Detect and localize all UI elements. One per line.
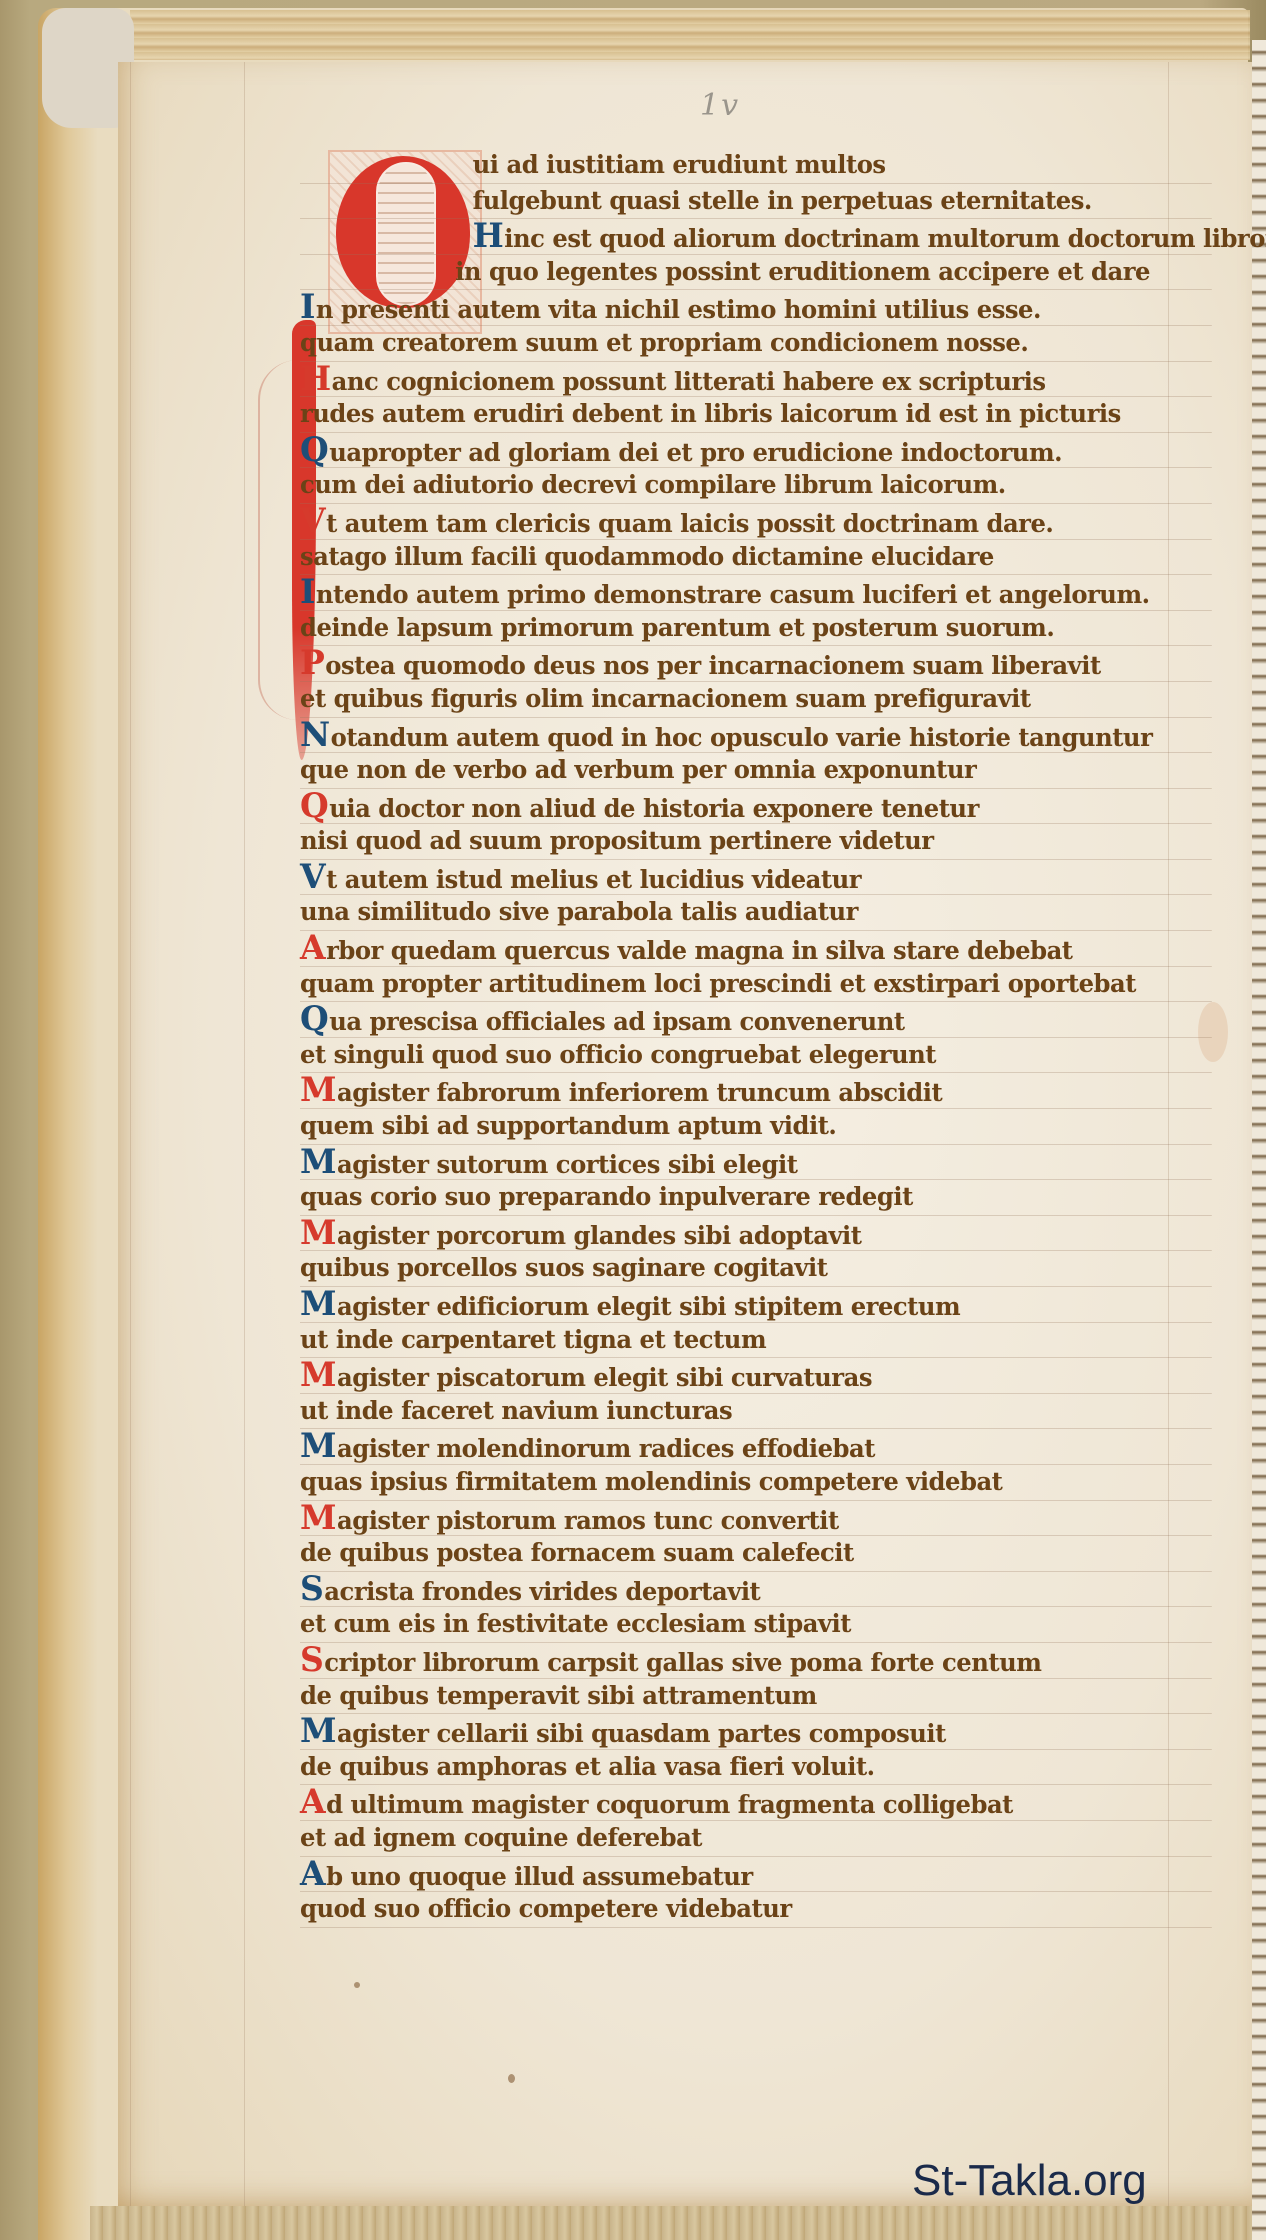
- rubricated-initial: A: [300, 1785, 325, 1819]
- manuscript-line: quam creatorem suum et propriam condicio…: [300, 326, 1212, 362]
- line-text: ostea quomodo deus nos per incarnacionem…: [325, 651, 1100, 680]
- manuscript-line: Magister piscatorum elegit sibi curvatur…: [300, 1358, 1212, 1394]
- ruling-line-vertical: [244, 62, 245, 2206]
- line-text: que non de verbo ad verbum per omnia exp…: [300, 755, 976, 784]
- manuscript-line: Magister porcorum glandes sibi adoptavit: [300, 1216, 1212, 1252]
- manuscript-line: Postea quomodo deus nos per incarnacione…: [300, 646, 1212, 682]
- manuscript-line: Arbor quedam quercus valde magna in silv…: [300, 931, 1212, 967]
- line-text: agister pistorum ramos tunc convertit: [337, 1506, 839, 1535]
- line-text: in quo legentes possint eruditionem acci…: [455, 257, 1150, 286]
- line-text: uapropter ad gloriam dei et pro erudicio…: [329, 438, 1062, 467]
- manuscript-line: Qua prescisa officiales ad ipsam convene…: [300, 1002, 1212, 1038]
- line-text: n presenti autem vita nichil estimo homi…: [316, 295, 1041, 324]
- line-text: b uno quoque illud assumebatur: [326, 1862, 753, 1891]
- line-text: satago illum facili quodammodo dictamine…: [300, 542, 994, 571]
- ink-spot: [508, 2074, 515, 2083]
- line-text: otandum autem quod in hoc opusculo varie…: [331, 723, 1153, 752]
- manuscript-line: Sacrista frondes virides deportavit: [300, 1572, 1212, 1608]
- line-text: et singuli quod suo officio congruebat e…: [300, 1040, 936, 1069]
- rubricated-initial: P: [300, 646, 324, 680]
- line-text: d ultimum magister coquorum fragmenta co…: [326, 1790, 1013, 1819]
- manuscript-line: Hinc est quod aliorum doctrinam multorum…: [300, 219, 1212, 255]
- line-text: quas ipsius firmitatem molendinis compet…: [300, 1467, 1002, 1496]
- manuscript-line: que non de verbo ad verbum per omnia exp…: [300, 753, 1212, 789]
- line-text: quam creatorem suum et propriam condicio…: [300, 328, 1028, 357]
- rubricated-initial: V: [300, 504, 325, 538]
- manuscript-line: quas ipsius firmitatem molendinis compet…: [300, 1465, 1212, 1501]
- manuscript-line: Hanc cognicionem possunt litterati haber…: [300, 362, 1212, 398]
- line-text: agister cellarii sibi quasdam partes com…: [337, 1719, 946, 1748]
- manuscript-line: nisi quod ad suum propositum pertinere v…: [300, 824, 1212, 860]
- facing-page-edge: [1252, 40, 1266, 2240]
- line-text: agister molendinorum radices effodiebat: [337, 1434, 875, 1463]
- rubricated-initial: N: [300, 718, 330, 752]
- manuscript-line: cum dei adiutorio decrevi compilare libr…: [300, 468, 1212, 504]
- manuscript-line: de quibus postea fornacem suam calefecit: [300, 1536, 1212, 1572]
- manuscript-line: rudes autem erudiri debent in libris lai…: [300, 397, 1212, 433]
- manuscript-line: satago illum facili quodammodo dictamine…: [300, 540, 1212, 576]
- rubricated-initial: M: [300, 1358, 336, 1392]
- rubricated-initial: S: [300, 1572, 323, 1606]
- line-text: t autem istud melius et lucidius videatu…: [326, 865, 861, 894]
- line-text: uia doctor non aliud de historia exponer…: [329, 794, 979, 823]
- rubricated-initial: H: [300, 362, 331, 396]
- manuscript-line: Vt autem istud melius et lucidius videat…: [300, 860, 1212, 896]
- line-text: agister edificiorum elegit sibi stipitem…: [337, 1292, 960, 1321]
- manuscript-line: de quibus amphoras et alia vasa fieri vo…: [300, 1750, 1212, 1786]
- manuscript-line: Scriptor librorum carpsit gallas sive po…: [300, 1643, 1212, 1679]
- line-text: rbor quedam quercus valde magna in silva…: [326, 936, 1072, 965]
- rubricated-initial: M: [300, 1714, 336, 1748]
- manuscript-line: Magister fabrorum inferiorem truncum abs…: [300, 1073, 1212, 1109]
- line-text: de quibus temperavit sibi attramentum: [300, 1681, 817, 1710]
- line-text: agister porcorum glandes sibi adoptavit: [337, 1221, 862, 1250]
- manuscript-line: Magister edificiorum elegit sibi stipite…: [300, 1287, 1212, 1323]
- frame-bottom-strip: [90, 2206, 1260, 2240]
- line-text: ut inde faceret navium iuncturas: [300, 1396, 732, 1425]
- line-text: quem sibi ad supportandum aptum vidit.: [300, 1111, 836, 1140]
- rubricated-initial: M: [300, 1429, 336, 1463]
- line-text: et ad ignem coquine deferebat: [300, 1823, 702, 1852]
- line-text: quod suo officio competere videbatur: [300, 1894, 792, 1923]
- rubricated-initial: A: [300, 931, 325, 965]
- rubricated-initial: M: [300, 1501, 336, 1535]
- manuscript-line: et singuli quod suo officio congruebat e…: [300, 1038, 1212, 1074]
- ink-spot: [354, 1982, 360, 1988]
- line-text: agister fabrorum inferiorem truncum absc…: [337, 1078, 942, 1107]
- manuscript-line: Vt autem tam clericis quam laicis possit…: [300, 504, 1212, 540]
- line-text: rudes autem erudiri debent in libris lai…: [300, 399, 1121, 428]
- line-text: agister piscatorum elegit sibi curvatura…: [337, 1363, 872, 1392]
- rubricated-initial: M: [300, 1073, 336, 1107]
- line-text: deinde lapsum primorum parentum et poste…: [300, 613, 1054, 642]
- line-text: agister sutorum cortices sibi elegit: [337, 1150, 797, 1179]
- rubricated-initial: H: [473, 219, 504, 253]
- line-text: t autem tam clericis quam laicis possit …: [326, 509, 1053, 538]
- rubricated-initial: I: [300, 575, 315, 609]
- manuscript-line: Intendo autem primo demonstrare casum lu…: [300, 575, 1212, 611]
- manuscript-line: Quia doctor non aliud de historia expone…: [300, 789, 1212, 825]
- manuscript-line: In presenti autem vita nichil estimo hom…: [300, 290, 1212, 326]
- manuscript-line: et ad ignem coquine deferebat: [300, 1821, 1212, 1857]
- manuscript-line: quas corio suo preparando inpulverare re…: [300, 1180, 1212, 1216]
- line-text: fulgebunt quasi stelle in perpetuas eter…: [473, 186, 1092, 215]
- line-text: acrista frondes virides deportavit: [324, 1577, 760, 1606]
- line-text: ntendo autem primo demonstrare casum luc…: [316, 580, 1150, 609]
- manuscript-line: et quibus figuris olim incarnacionem sua…: [300, 682, 1212, 718]
- rubricated-initial: I: [300, 290, 315, 324]
- manuscript-line: Ad ultimum magister coquorum fragmenta c…: [300, 1785, 1212, 1821]
- frame-top-strip: [130, 10, 1250, 60]
- rubricated-initial: Q: [300, 433, 328, 467]
- rubricated-initial: V: [300, 860, 325, 894]
- line-text: de quibus amphoras et alia vasa fieri vo…: [300, 1752, 875, 1781]
- line-text: de quibus postea fornacem suam calefecit: [300, 1538, 854, 1567]
- manuscript-line: quam propter artitudinem loci prescindi …: [300, 967, 1212, 1003]
- manuscript-line: et cum eis in festivitate ecclesiam stip…: [300, 1607, 1212, 1643]
- manuscript-line: quibus porcellos suos saginare cogitavit: [300, 1251, 1212, 1287]
- manuscript-line: ut inde carpentaret tigna et tectum: [300, 1323, 1212, 1359]
- manuscript-line: quod suo officio competere videbatur: [300, 1892, 1212, 1928]
- manuscript-line: in quo legentes possint eruditionem acci…: [300, 255, 1212, 291]
- manuscript-line: deinde lapsum primorum parentum et poste…: [300, 611, 1212, 647]
- line-text: anc cognicionem possunt litterati habere…: [332, 367, 1046, 396]
- line-text: ut inde carpentaret tigna et tectum: [300, 1325, 766, 1354]
- rubricated-initial: M: [300, 1287, 336, 1321]
- line-text: et cum eis in festivitate ecclesiam stip…: [300, 1609, 851, 1638]
- folio-number: 1v: [700, 88, 740, 123]
- watermark: St-Takla.org: [912, 2156, 1147, 2206]
- manuscript-line: ui ad iustitiam erudiunt multos: [300, 148, 1212, 184]
- rubricated-initial: Q: [300, 789, 328, 823]
- ruling-line-vertical: [130, 62, 131, 2206]
- rubricated-initial: Q: [300, 1002, 328, 1036]
- line-text: ui ad iustitiam erudiunt multos: [473, 150, 886, 179]
- rubricated-initial: M: [300, 1145, 336, 1179]
- line-text: una similitudo sive parabola talis audia…: [300, 897, 858, 926]
- manuscript-line: Magister pistorum ramos tunc convertit: [300, 1501, 1212, 1537]
- rubricated-initial: M: [300, 1216, 336, 1250]
- manuscript-line: fulgebunt quasi stelle in perpetuas eter…: [300, 184, 1212, 220]
- manuscript-text: ui ad iustitiam erudiunt multosfulgebunt…: [300, 148, 1240, 1928]
- manuscript-line: quem sibi ad supportandum aptum vidit.: [300, 1109, 1212, 1145]
- manuscript-line: de quibus temperavit sibi attramentum: [300, 1679, 1212, 1715]
- line-text: criptor librorum carpsit gallas sive pom…: [324, 1648, 1041, 1677]
- line-text: cum dei adiutorio decrevi compilare libr…: [300, 470, 1006, 499]
- manuscript-line: una similitudo sive parabola talis audia…: [300, 895, 1212, 931]
- manuscript-line: Magister cellarii sibi quasdam partes co…: [300, 1714, 1212, 1750]
- line-text: quibus porcellos suos saginare cogitavit: [300, 1253, 827, 1282]
- manuscript-line: Ab uno quoque illud assumebatur: [300, 1857, 1212, 1893]
- line-text: inc est quod aliorum doctrinam multorum …: [504, 224, 1266, 253]
- line-text: et quibus figuris olim incarnacionem sua…: [300, 684, 1031, 713]
- manuscript-line: Quapropter ad gloriam dei et pro erudici…: [300, 433, 1212, 469]
- line-text: ua prescisa officiales ad ipsam convener…: [329, 1007, 904, 1036]
- manuscript-line: Notandum autem quod in hoc opusculo vari…: [300, 718, 1212, 754]
- manuscript-line: Magister sutorum cortices sibi elegit: [300, 1145, 1212, 1181]
- manuscript-line: Magister molendinorum radices effodiebat: [300, 1429, 1212, 1465]
- manuscript-line: ut inde faceret navium iuncturas: [300, 1394, 1212, 1430]
- line-text: quas corio suo preparando inpulverare re…: [300, 1182, 913, 1211]
- rubricated-initial: A: [300, 1857, 325, 1891]
- rubricated-initial: S: [300, 1643, 323, 1677]
- line-text: nisi quod ad suum propositum pertinere v…: [300, 826, 934, 855]
- line-text: quam propter artitudinem loci prescindi …: [300, 969, 1136, 998]
